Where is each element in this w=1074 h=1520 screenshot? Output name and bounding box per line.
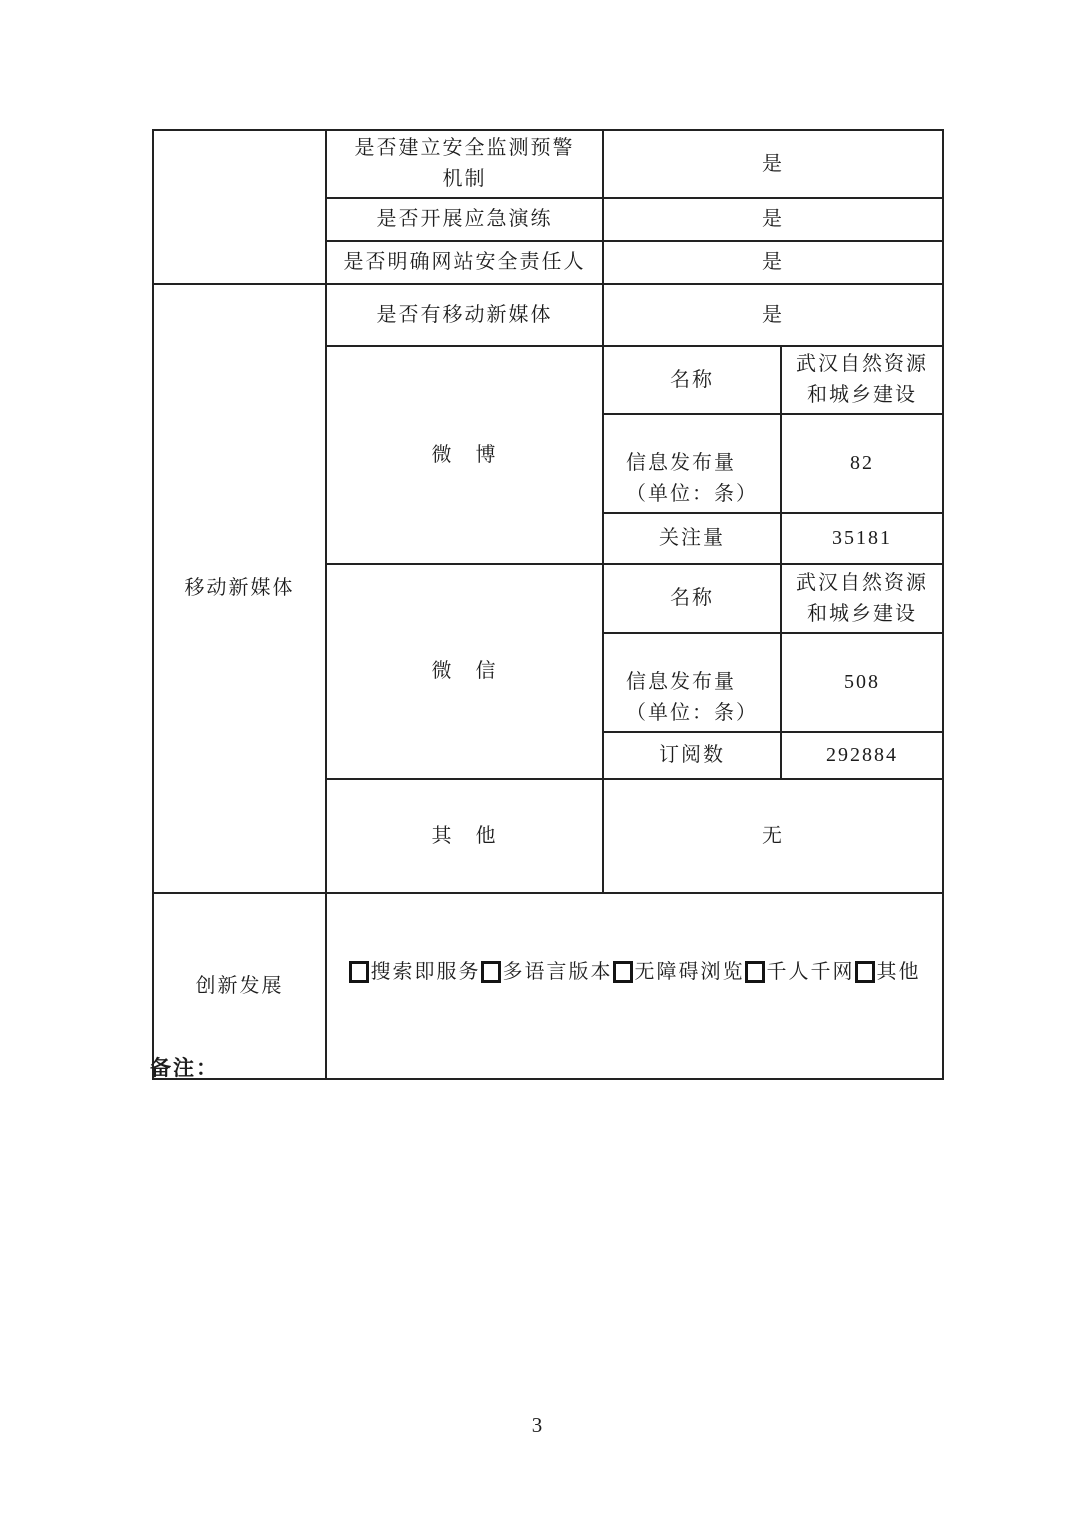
emergency-drill-value: 是 [603, 198, 943, 241]
innovation-options-row: 搜索即服务 多语言版本 无障碍浏览 千人千网 [333, 957, 936, 988]
weibo-followers-label: 关注量 [603, 513, 781, 564]
checkbox-icon[interactable] [855, 961, 875, 983]
checkbox-icon[interactable] [481, 961, 501, 983]
wechat-name-label: 名称 [603, 564, 781, 633]
innovation-option-label: 多语言版本 [503, 957, 613, 988]
wechat-posts-value: 508 [781, 633, 943, 732]
wechat-posts-label-text: 信息发布量 （单位：条） [626, 667, 758, 729]
weibo-posts-label-text: 信息发布量 （单位：条） [626, 448, 758, 510]
emergency-drill-label: 是否开展应急演练 [326, 198, 603, 241]
weibo-posts-label: 信息发布量 （单位：条） [603, 414, 781, 513]
security-monitoring-value: 是 [603, 130, 943, 198]
other-media-label: 其 他 [326, 779, 603, 893]
innovation-option-label: 搜索即服务 [371, 957, 481, 988]
innovation-option-multilang: 多语言版本 [481, 957, 613, 988]
weibo-followers-value: 35181 [781, 513, 943, 564]
security-monitoring-label: 是否建立安全监测预警 机制 [326, 130, 603, 198]
innovation-option-other: 其他 [855, 957, 921, 988]
checkbox-icon[interactable] [745, 961, 765, 983]
has-mobile-media-label: 是否有移动新媒体 [326, 284, 603, 346]
innovation-option-accessibility: 无障碍浏览 [613, 957, 745, 988]
checkbox-icon[interactable] [613, 961, 633, 983]
weibo-label: 微 博 [326, 346, 603, 564]
security-responsible-value: 是 [603, 241, 943, 284]
remarks-label: 备注： [150, 1052, 219, 1082]
annual-report-table: 是否建立安全监测预警 机制 是 是否开展应急演练 是 是否明确网站安全责任人 是… [152, 129, 944, 1080]
innovation-option-search: 搜索即服务 [349, 957, 481, 988]
has-mobile-media-value: 是 [603, 284, 943, 346]
wechat-name-value: 武汉自然资源 和城乡建设 [781, 564, 943, 633]
weibo-name-label: 名称 [603, 346, 781, 414]
wechat-label: 微 信 [326, 564, 603, 779]
weibo-name-value: 武汉自然资源 和城乡建设 [781, 346, 943, 414]
checkbox-icon[interactable] [349, 961, 369, 983]
security-responsible-label: 是否明确网站安全责任人 [326, 241, 603, 284]
wechat-subscribers-label: 订阅数 [603, 732, 781, 779]
wechat-posts-label: 信息发布量 （单位：条） [603, 633, 781, 732]
other-media-value: 无 [603, 779, 943, 893]
security-section-category-cell [153, 130, 326, 284]
innovation-option-label: 千人千网 [767, 957, 855, 988]
innovation-option-label: 其他 [877, 957, 921, 988]
innovation-options-cell: 搜索即服务 多语言版本 无障碍浏览 千人千网 [326, 893, 943, 1079]
wechat-subscribers-value: 292884 [781, 732, 943, 779]
innovation-option-label: 无障碍浏览 [635, 957, 745, 988]
innovation-option-personalized: 千人千网 [745, 957, 855, 988]
weibo-posts-value: 82 [781, 414, 943, 513]
page-number: 3 [0, 1413, 1074, 1438]
mobile-media-category: 移动新媒体 [153, 284, 326, 893]
